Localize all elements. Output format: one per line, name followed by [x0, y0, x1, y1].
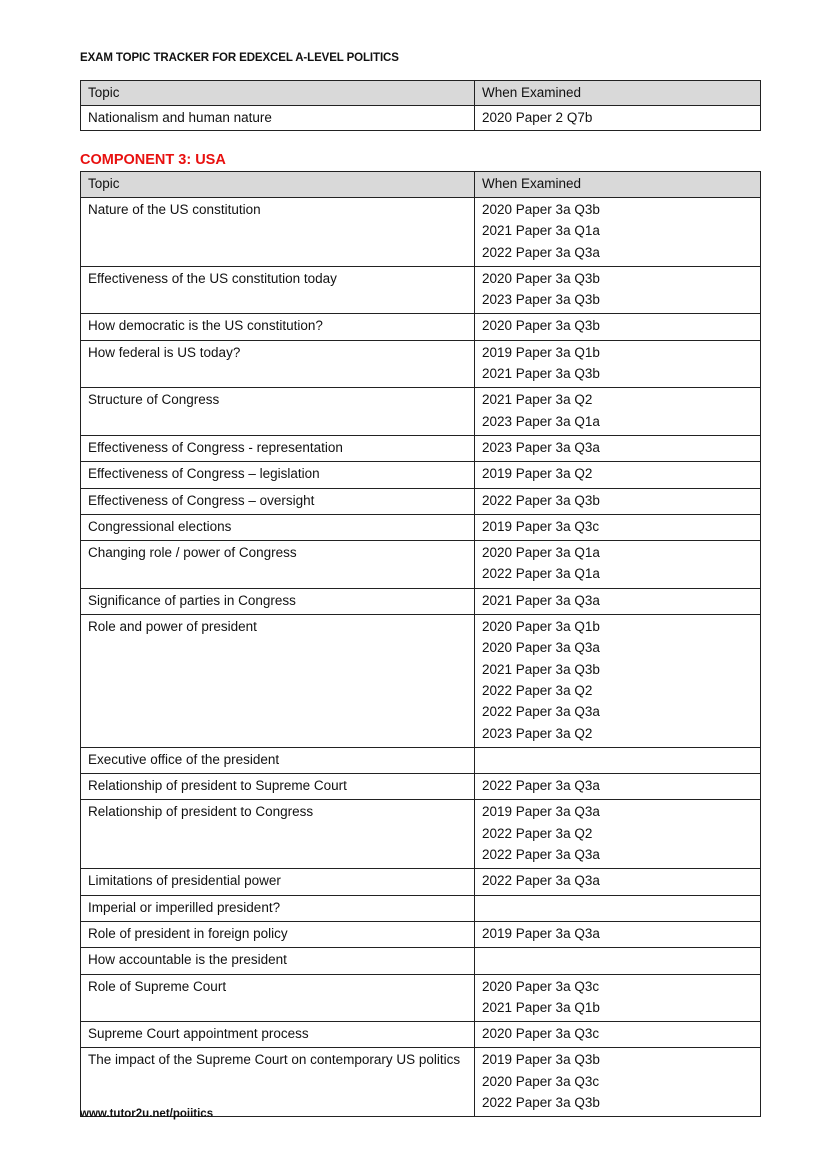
topic-cell: Limitations of presidential power [81, 869, 475, 895]
topic-cell: Relationship of president to Congress [81, 800, 475, 869]
table-row: Changing role / power of Congress2020 Pa… [81, 541, 761, 589]
examined-cell: 2019 Paper 3a Q3a2022 Paper 3a Q22022 Pa… [475, 800, 761, 869]
exam-reference: 2020 Paper 3a Q3b [482, 268, 753, 289]
exam-reference [482, 949, 753, 970]
exam-reference: 2021 Paper 3a Q1a [482, 220, 753, 241]
examined-cell: 2023 Paper 3a Q3a [475, 435, 761, 461]
examined-cell: 2020 Paper 3a Q1a2022 Paper 3a Q1a [475, 541, 761, 589]
table-row: Congressional elections2019 Paper 3a Q3c [81, 514, 761, 540]
topic-cell: How democratic is the US constitution? [81, 314, 475, 340]
column-header-when-examined: When Examined [475, 81, 761, 106]
table-header-row: Topic When Examined [81, 81, 761, 106]
topic-cell: Congressional elections [81, 514, 475, 540]
exam-reference: 2021 Paper 3a Q3b [482, 363, 753, 384]
table-header-row: Topic When Examined [81, 172, 761, 198]
exam-reference: 2021 Paper 3a Q1b [482, 997, 753, 1018]
examined-cell: 2020 Paper 3a Q3c2021 Paper 3a Q1b [475, 974, 761, 1022]
topic-cell: Relationship of president to Supreme Cou… [81, 774, 475, 800]
exam-reference: 2020 Paper 3a Q3a [482, 637, 753, 658]
page-title: EXAM TOPIC TRACKER FOR EDEXCEL A-LEVEL P… [80, 52, 399, 64]
exam-reference: 2020 Paper 3a Q1a [482, 542, 753, 563]
topic-table-nationalism: Topic When Examined Nationalism and huma… [80, 80, 761, 131]
table-row: Limitations of presidential power2022 Pa… [81, 869, 761, 895]
exam-reference: 2020 Paper 3a Q3b [482, 315, 753, 336]
exam-reference: 2022 Paper 3a Q1a [482, 563, 753, 584]
exam-reference: 2020 Paper 3a Q3c [482, 1023, 753, 1044]
examined-cell: 2020 Paper 3a Q3b [475, 314, 761, 340]
table-row: Role of president in foreign policy2019 … [81, 921, 761, 947]
topic-table-usa: Topic When Examined Nature of the US con… [80, 171, 761, 1117]
topic-cell: Structure of Congress [81, 388, 475, 436]
table-row: Supreme Court appointment process2020 Pa… [81, 1022, 761, 1048]
topic-cell: Effectiveness of Congress – legislation [81, 462, 475, 488]
exam-reference: 2019 Paper 3a Q2 [482, 463, 753, 484]
table-row: Relationship of president to Supreme Cou… [81, 774, 761, 800]
examined-cell: 2019 Paper 3a Q3c [475, 514, 761, 540]
examined-cell: 2021 Paper 3a Q3a [475, 588, 761, 614]
topic-cell: How federal is US today? [81, 340, 475, 388]
examined-cell: 2020 Paper 3a Q1b2020 Paper 3a Q3a2021 P… [475, 615, 761, 748]
exam-reference: 2022 Paper 3a Q3a [482, 870, 753, 891]
topic-cell: Executive office of the president [81, 747, 475, 773]
examined-cell: 2019 Paper 3a Q2 [475, 462, 761, 488]
exam-reference: 2019 Paper 3a Q3a [482, 801, 753, 822]
topic-cell: Effectiveness of Congress – oversight [81, 488, 475, 514]
examined-cell: 2019 Paper 3a Q3b2020 Paper 3a Q3c2022 P… [475, 1048, 761, 1117]
examined-cell: 2022 Paper 3a Q3a [475, 774, 761, 800]
topic-cell: Changing role / power of Congress [81, 541, 475, 589]
column-header-topic: Topic [81, 172, 475, 198]
topic-cell: How accountable is the president [81, 948, 475, 974]
column-header-topic: Topic [81, 81, 475, 106]
table-row: Significance of parties in Congress2021 … [81, 588, 761, 614]
column-header-when-examined: When Examined [475, 172, 761, 198]
table-row: Relationship of president to Congress201… [81, 800, 761, 869]
examined-cell [475, 747, 761, 773]
examined-cell: 2020 Paper 2 Q7b [475, 106, 761, 131]
table-row: How federal is US today?2019 Paper 3a Q1… [81, 340, 761, 388]
exam-reference: 2022 Paper 3a Q3a [482, 701, 753, 722]
exam-reference: 2021 Paper 3a Q2 [482, 389, 753, 410]
exam-reference: 2023 Paper 3a Q3b [482, 289, 753, 310]
table-row: Effectiveness of Congress – oversight202… [81, 488, 761, 514]
exam-reference: 2022 Paper 3a Q3a [482, 242, 753, 263]
topic-cell: Role of president in foreign policy [81, 921, 475, 947]
table-row: Role and power of president2020 Paper 3a… [81, 615, 761, 748]
table-row: Nature of the US constitution2020 Paper … [81, 198, 761, 267]
topic-cell: Supreme Court appointment process [81, 1022, 475, 1048]
exam-reference: 2023 Paper 3a Q3a [482, 437, 753, 458]
examined-cell [475, 948, 761, 974]
table-row: Imperial or imperilled president? [81, 895, 761, 921]
exam-reference [482, 749, 753, 770]
table-row: How accountable is the president [81, 948, 761, 974]
exam-reference: 2020 Paper 3a Q3c [482, 1071, 753, 1092]
component-heading: COMPONENT 3: USA [80, 152, 226, 168]
examined-cell: 2019 Paper 3a Q1b2021 Paper 3a Q3b [475, 340, 761, 388]
examined-cell: 2022 Paper 3a Q3a [475, 869, 761, 895]
exam-reference: 2022 Paper 3a Q2 [482, 680, 753, 701]
examined-cell: 2021 Paper 3a Q22023 Paper 3a Q1a [475, 388, 761, 436]
table-row: Effectiveness of the US constitution tod… [81, 266, 761, 314]
exam-reference: 2023 Paper 3a Q2 [482, 723, 753, 744]
exam-reference: 2020 Paper 3a Q3b [482, 199, 753, 220]
table-row: The impact of the Supreme Court on conte… [81, 1048, 761, 1117]
exam-reference: 2019 Paper 3a Q1b [482, 342, 753, 363]
examined-cell [475, 895, 761, 921]
topic-cell: Effectiveness of the US constitution tod… [81, 266, 475, 314]
footer-url: www.tutor2u.net/poiitics [80, 1108, 213, 1120]
examined-cell: 2020 Paper 3a Q3b2021 Paper 3a Q1a2022 P… [475, 198, 761, 267]
table-row: Effectiveness of Congress - representati… [81, 435, 761, 461]
topic-cell: Nationalism and human nature [81, 106, 475, 131]
usa-table-body: Nature of the US constitution2020 Paper … [81, 198, 761, 1117]
table-row: Executive office of the president [81, 747, 761, 773]
examined-cell: 2020 Paper 3a Q3b2023 Paper 3a Q3b [475, 266, 761, 314]
exam-reference: 2019 Paper 3a Q3b [482, 1049, 753, 1070]
exam-reference: 2022 Paper 3a Q3b [482, 1092, 753, 1113]
exam-reference: 2019 Paper 3a Q3c [482, 516, 753, 537]
exam-reference: 2019 Paper 3a Q3a [482, 923, 753, 944]
table-row: Structure of Congress2021 Paper 3a Q2202… [81, 388, 761, 436]
exam-reference: 2022 Paper 3a Q3a [482, 775, 753, 796]
exam-reference: 2023 Paper 3a Q1a [482, 411, 753, 432]
exam-reference: 2020 Paper 3a Q1b [482, 616, 753, 637]
topic-cell: Role of Supreme Court [81, 974, 475, 1022]
topic-cell: Imperial or imperilled president? [81, 895, 475, 921]
exam-reference: 2021 Paper 3a Q3a [482, 590, 753, 611]
exam-reference: 2022 Paper 3a Q2 [482, 823, 753, 844]
topic-cell: Nature of the US constitution [81, 198, 475, 267]
table-row: How democratic is the US constitution?20… [81, 314, 761, 340]
topic-cell: Significance of parties in Congress [81, 588, 475, 614]
table-row: Effectiveness of Congress – legislation2… [81, 462, 761, 488]
exam-reference: 2022 Paper 3a Q3a [482, 844, 753, 865]
topic-cell: The impact of the Supreme Court on conte… [81, 1048, 475, 1117]
exam-reference: 2021 Paper 3a Q3b [482, 659, 753, 680]
topic-cell: Role and power of president [81, 615, 475, 748]
examined-cell: 2020 Paper 3a Q3c [475, 1022, 761, 1048]
exam-reference: 2020 Paper 3a Q3c [482, 976, 753, 997]
table-row: Nationalism and human nature 2020 Paper … [81, 106, 761, 131]
examined-cell: 2019 Paper 3a Q3a [475, 921, 761, 947]
table-row: Role of Supreme Court2020 Paper 3a Q3c20… [81, 974, 761, 1022]
exam-reference: 2022 Paper 3a Q3b [482, 490, 753, 511]
topic-cell: Effectiveness of Congress - representati… [81, 435, 475, 461]
exam-reference [482, 897, 753, 918]
examined-cell: 2022 Paper 3a Q3b [475, 488, 761, 514]
